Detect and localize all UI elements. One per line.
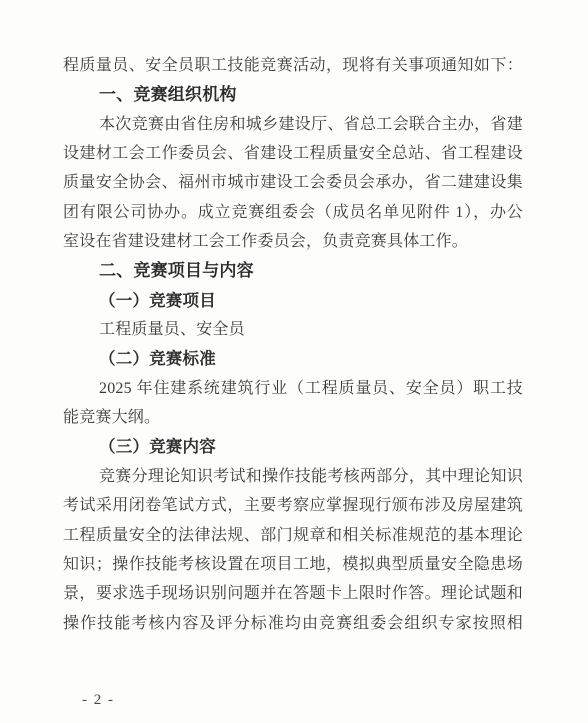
- subsection-heading-1: （一）竞赛项目: [63, 286, 523, 315]
- text-line: 质量安全协会、福州市城市建设工会委员会承办，省二建建设集: [63, 168, 523, 197]
- text-line: 景，要求选手现场识别问题并在答题卡上限时作答。理论试题和: [63, 579, 523, 608]
- text-line: 程质量员、安全员职工技能竞赛活动，现将有关事项通知如下：: [63, 51, 523, 80]
- text-line: 考试采用闭卷笔试方式，主要考察应掌握现行颁布涉及房屋建筑: [63, 491, 523, 520]
- text-line: 工程质量员、安全员: [63, 315, 523, 344]
- document-body: 程质量员、安全员职工技能竞赛活动，现将有关事项通知如下： 一、竞赛组织机构 本次…: [63, 51, 523, 638]
- section-heading-2: 二、竞赛项目与内容: [63, 256, 523, 285]
- document-page: 程质量员、安全员职工技能竞赛活动，现将有关事项通知如下： 一、竞赛组织机构 本次…: [0, 0, 588, 723]
- text-line: 操作技能考核内容及评分标准均由竞赛组委会组织专家按照相: [63, 609, 523, 638]
- text-line: 竞赛分理论知识考试和操作技能考核两部分，其中理论知识: [63, 462, 523, 491]
- text-line: 本次竞赛由省住房和城乡建设厅、省总工会联合主办，省建: [63, 110, 523, 139]
- subsection-heading-3: （三）竞赛内容: [63, 432, 523, 461]
- text-line: 知识；操作技能考核设置在项目工地，模拟典型质量安全隐患场: [63, 550, 523, 579]
- page-number: - 2 -: [82, 692, 115, 709]
- text-line: 室设在省建设建材工会工作委员会，负责竞赛具体工作。: [63, 227, 523, 256]
- section-heading-1: 一、竞赛组织机构: [63, 80, 523, 109]
- text-line: 工程质量安全的法律法规、部门规章和相关标准规范的基本理论: [63, 521, 523, 550]
- text-line: 设建材工会工作委员会、省建设工程质量安全总站、省工程建设: [63, 139, 523, 168]
- text-line: 团有限公司协办。成立竞赛组委会（成员名单见附件 1），办公: [63, 198, 523, 227]
- text-line: 2025 年住建系统建筑行业（工程质量员、安全员）职工技: [63, 374, 523, 403]
- text-line: 能竞赛大纲。: [63, 403, 523, 432]
- subsection-heading-2: （二）竞赛标准: [63, 344, 523, 373]
